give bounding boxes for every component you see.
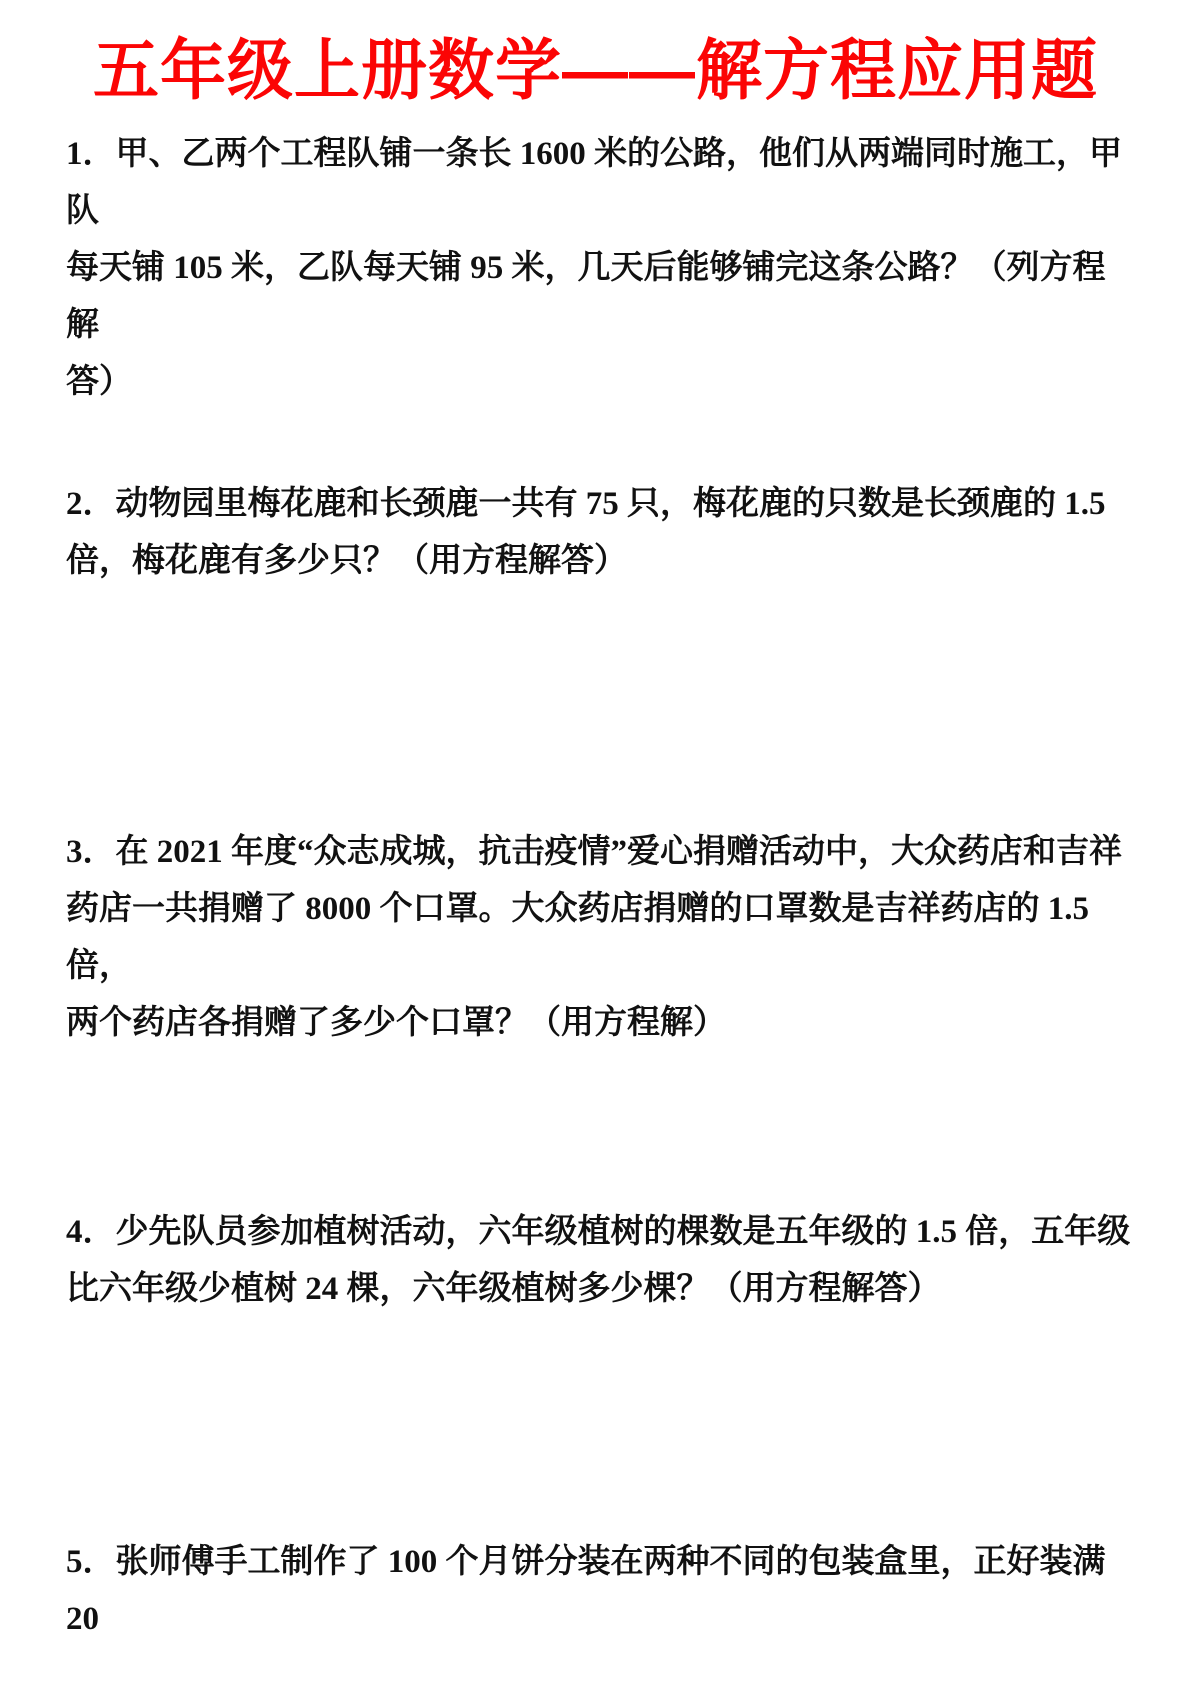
problem-line: 5．张师傅手工制作了 100 个月饼分装在两种不同的包装盒里，正好装满 20 bbox=[66, 1534, 1133, 1648]
problem-4: 4．少先队员参加植树活动，六年级植树的棵数是五年级的 1.5 倍，五年级比六年级… bbox=[66, 1204, 1133, 1318]
page-title: 五年级上册数学——解方程应用题 bbox=[0, 30, 1191, 110]
problem-line: 3．在 2021 年度“众志成城，抗击疫情”爱心捐赠活动中，大众药店和吉祥 bbox=[66, 824, 1133, 881]
problem-3: 3．在 2021 年度“众志成城，抗击疫情”爱心捐赠活动中，大众药店和吉祥药店一… bbox=[66, 824, 1133, 1052]
problem-1: 1．甲、乙两个工程队铺一条长 1600 米的公路，他们从两端同时施工，甲队每天铺… bbox=[66, 126, 1133, 411]
problem-5: 5．张师傅手工制作了 100 个月饼分装在两种不同的包装盒里，正好装满 20 bbox=[66, 1534, 1133, 1648]
problem-line: 1．甲、乙两个工程队铺一条长 1600 米的公路，他们从两端同时施工，甲队 bbox=[66, 126, 1133, 240]
problem-line: 答） bbox=[66, 354, 1133, 411]
problem-line: 两个药店各捐赠了多少个口罩？（用方程解） bbox=[66, 995, 1133, 1052]
problem-line: 2．动物园里梅花鹿和长颈鹿一共有 75 只，梅花鹿的只数是长颈鹿的 1.5 bbox=[66, 476, 1133, 533]
problem-line: 倍，梅花鹿有多少只？（用方程解答） bbox=[66, 533, 1133, 590]
problem-line: 比六年级少植树 24 棵，六年级植树多少棵？（用方程解答） bbox=[66, 1261, 1133, 1318]
problem-2: 2．动物园里梅花鹿和长颈鹿一共有 75 只，梅花鹿的只数是长颈鹿的 1.5倍，梅… bbox=[66, 476, 1133, 590]
problem-line: 药店一共捐赠了 8000 个口罩。大众药店捐赠的口罩数是吉祥药店的 1.5 倍， bbox=[66, 881, 1133, 995]
worksheet-page: 五年级上册数学——解方程应用题 1．甲、乙两个工程队铺一条长 1600 米的公路… bbox=[0, 0, 1191, 1684]
problem-line: 4．少先队员参加植树活动，六年级植树的棵数是五年级的 1.5 倍，五年级 bbox=[66, 1204, 1133, 1261]
problem-line: 每天铺 105 米，乙队每天铺 95 米，几天后能够铺完这条公路？（列方程解 bbox=[66, 240, 1133, 354]
